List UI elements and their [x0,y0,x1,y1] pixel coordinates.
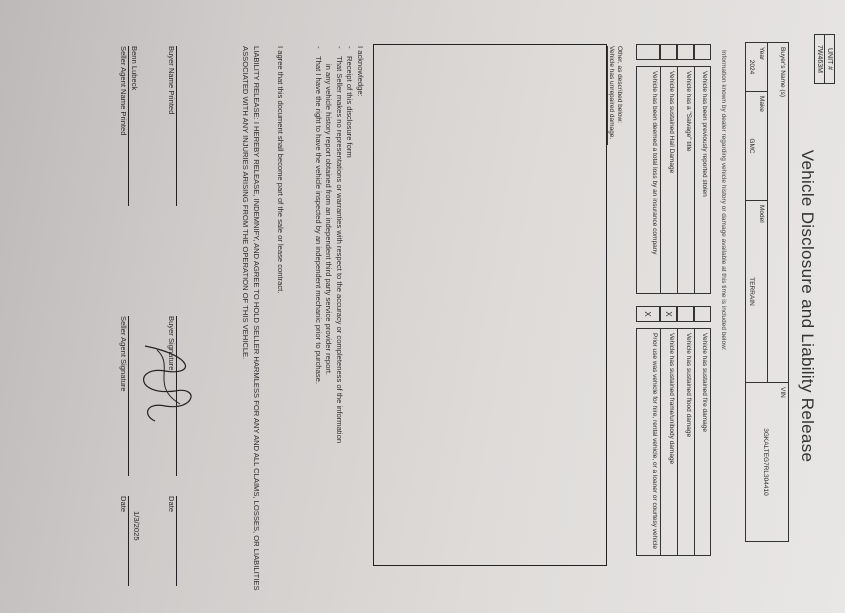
checkbox[interactable] [660,44,677,60]
buyer-date-label: Date [167,496,176,586]
seller-name-printed-label: Seller Agent Name Printed [119,46,128,206]
other-description-box [373,44,607,566]
make-label: Make [758,96,765,112]
acknowledge-item-continuation: in any vehicle history report obtained f… [323,46,334,586]
checkbox[interactable] [694,306,711,322]
unit-label: UNIT # [824,35,834,83]
buyer-name-field[interactable]: Buyer Name Printed [167,46,177,206]
vehicle-disclosure-form: UNIT # 7W463M Vehicle Disclosure and Lia… [45,6,845,606]
seller-date-label: Date [119,496,128,586]
handwritten-signature [125,336,205,426]
vin-label: VIN [779,387,786,398]
unit-number-box: UNIT # 7W463M [814,34,835,84]
acknowledge-item: That I have the right to have the vehicl… [313,46,324,586]
checklist-right: Vehicle has sustained fire damage Vehicl… [636,306,711,556]
acknowledgement-section: I acknowledge: Receipt of this disclosur… [313,46,366,586]
checklist-item: Vehicle has been deemed a total loss by … [636,44,660,294]
acknowledge-item: Receipt of this disclosure form [344,46,355,586]
checklist-item: Vehicle has sustained flood damage [677,306,694,556]
year-label: Year [758,47,765,60]
acknowledge-item: That Seller makes no representations or … [334,46,345,586]
checklist-label: Vehicle has been deemed a total loss by … [636,66,660,294]
buyer-date-field[interactable]: Date [167,496,177,586]
checklist-item: Vehicle has sustained fire damage [694,306,711,556]
seller-date-value: 1/3/2025 [132,511,141,541]
checkbox[interactable] [636,44,660,60]
checklist-item: Vehicle has a "Salvage" title [677,44,694,294]
make-cell: Make GMC [746,92,768,201]
model-cell: Model TERRAIN [746,201,768,383]
checkbox[interactable] [694,44,711,60]
liability-release-text: LIABILITY RELEASE: I HEREBY RELEASE, IND… [240,46,261,606]
other-label: Other, as described below: [616,46,623,123]
seller-name-value: Benn Lubeck [130,46,139,90]
year-value: 2024 [748,47,755,87]
checklist-label: Vehicle has sustained Hail Damage [660,66,677,294]
info-line: Information known by dealer regarding ve… [720,50,727,351]
buyer-name-printed-label: Buyer Name Printed [167,46,176,206]
form-title: Vehicle Disclosure and Liability Release [797,6,817,606]
checklist-label: Vehicle has been previously reported sto… [694,66,711,294]
acknowledge-heading: I acknowledge: [355,46,366,586]
buyer-name-cell: Buyer's Name (s) [768,43,789,383]
seller-name-field[interactable]: Seller Agent Name Printed [119,46,129,206]
model-label: Model [758,205,765,223]
checklist-item: Vehicle has been previously reported sto… [694,44,711,294]
acknowledge-list: Receipt of this disclosure form That Sel… [313,46,355,586]
checkbox[interactable] [677,44,694,60]
vin-cell: VIN 3GKALTEG7RL304410 [746,383,789,542]
checklist-left: Vehicle has been previously reported sto… [636,44,711,294]
buyer-name-label: Buyer's Name (s) [779,47,786,97]
other-value: Vehicle has unrepaired damage. [607,46,615,145]
checklist-label: Vehicle has sustained fire damage [694,328,711,556]
year-cell: Year 2024 [746,43,768,92]
model-value: TERRAIN [748,205,755,378]
checkbox-checked[interactable]: X [636,306,660,322]
checklist-label: Vehicle has sustained frame/unibody dama… [660,328,677,556]
vin-value: 3GKALTEG7RL304410 [762,387,769,537]
checkbox-checked[interactable]: X [660,306,677,322]
checklist-label: Vehicle has a "Salvage" title [677,66,694,294]
make-value: GMC [748,96,755,196]
seller-date-field[interactable]: Date [119,496,129,586]
checklist-item: Vehicle has sustained Hail Damage [660,44,677,294]
checkbox[interactable] [677,306,694,322]
checklist-label: Vehicle has sustained flood damage [677,328,694,556]
agree-text: I agree that this document shall become … [276,46,285,293]
vehicle-info-table: Buyer's Name (s) VIN 3GKALTEG7RL304410 Y… [745,42,789,542]
checklist-label: Prior use was vehicle for hire, rental v… [636,328,660,556]
checklist-item: X Prior use was vehicle for hire, rental… [636,306,660,556]
checklist-item: X Vehicle has sustained frame/unibody da… [660,306,677,556]
